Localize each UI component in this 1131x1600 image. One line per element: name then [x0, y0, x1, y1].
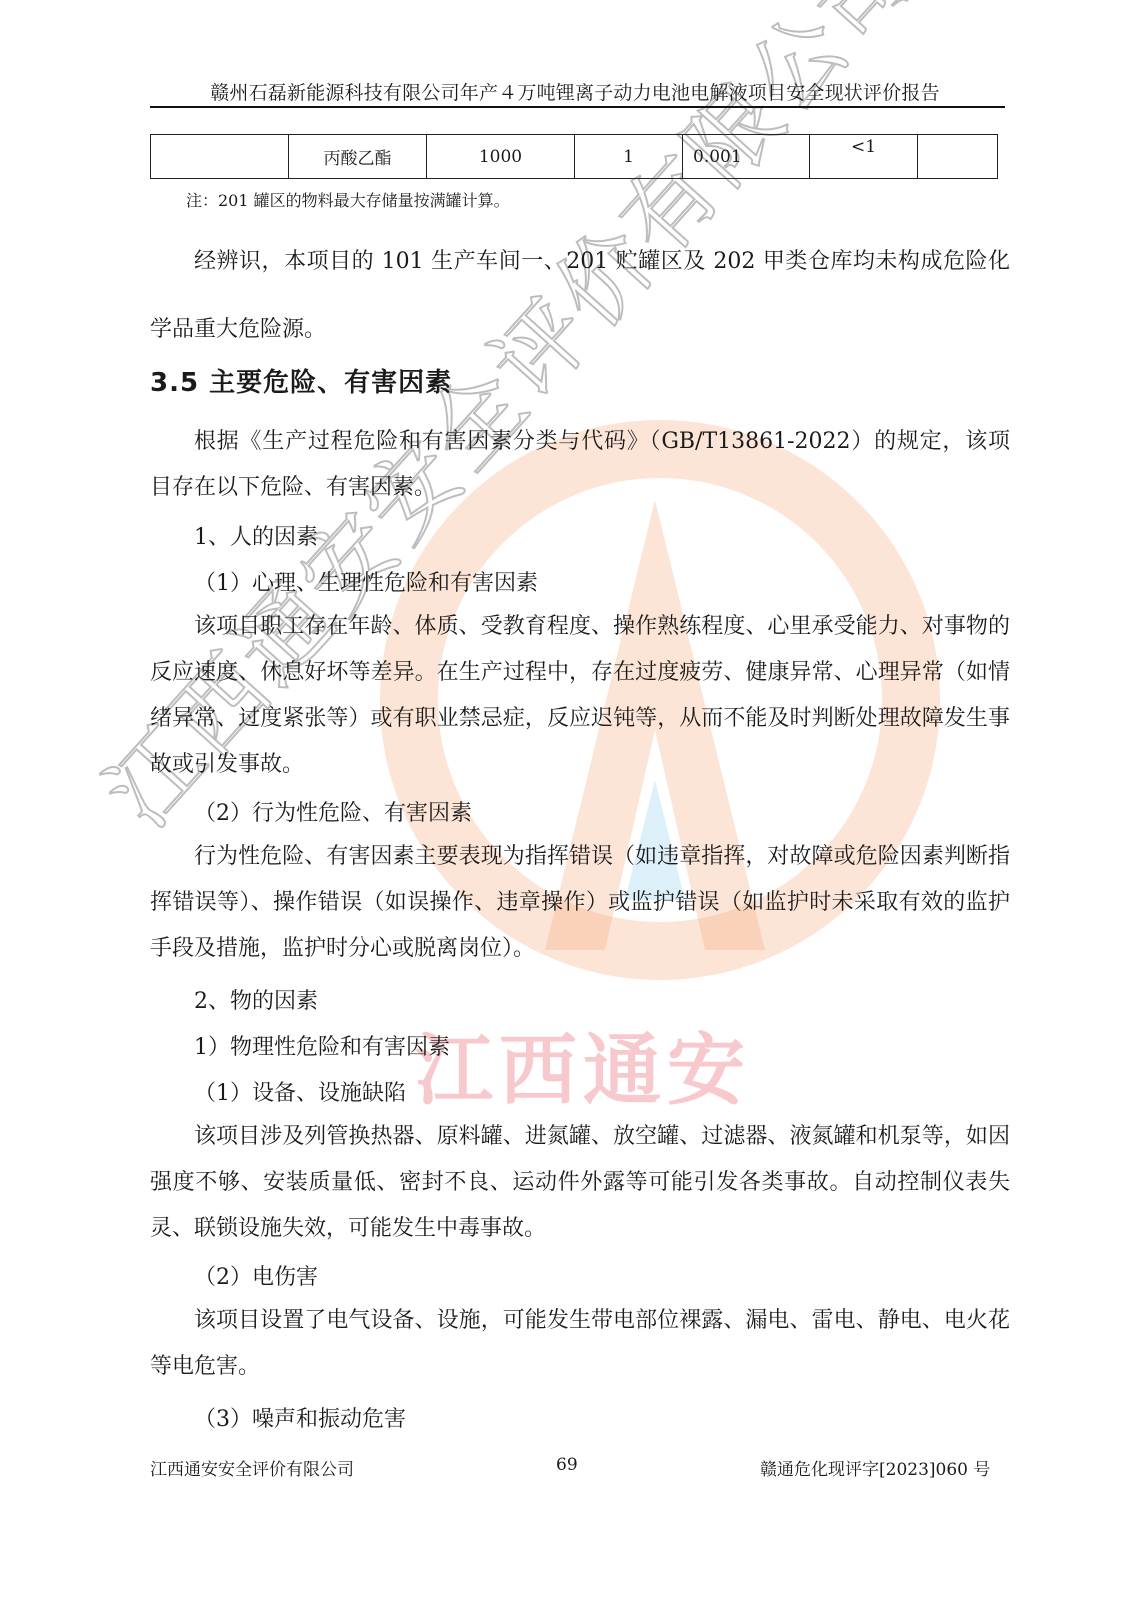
footer-doc-number: 赣通危化现评字[2023]060 号	[760, 1455, 990, 1480]
paragraph-behavioral: 行为性危险、有害因素主要表现为指挥错误（如违章指挥，对故障或危险因素判断指挥错误…	[150, 834, 1010, 972]
table-note: 注：201 罐区的物料最大存储量按满罐计算。	[186, 188, 510, 211]
paragraph-electrical: 该项目设置了电气设备、设施，可能发生带电部位裸露、漏电、雷电、静电、电火花等电危…	[150, 1298, 1010, 1390]
table-row: 丙酸乙酯 1000 1 0.001 <1	[151, 135, 998, 179]
heading-equipment-defects: （1）设备、设施缺陷	[194, 1076, 406, 1107]
header-divider	[150, 106, 1005, 108]
page-header-title: 赣州石磊新能源科技有限公司年产４万吨锂离子动力电池电解液项目安全现状评价报告	[150, 78, 1000, 105]
heading-human-factors: 1、人的因素	[194, 520, 318, 551]
section-title: 3.5 主要危险、有害因素	[150, 362, 452, 399]
heading-material-factors: 2、物的因素	[194, 984, 318, 1015]
table-cell-sum: <1	[810, 135, 918, 179]
table-cell	[151, 135, 289, 179]
table-cell-ratio: 0.001	[683, 135, 810, 179]
table-cell-storage-qty: 1	[575, 135, 683, 179]
heading-electrical: （2）电伤害	[194, 1260, 318, 1291]
heading-behavioral: （2）行为性危险、有害因素	[194, 796, 472, 827]
heading-noise-vibration: （3）噪声和振动危害	[194, 1402, 406, 1433]
intro-paragraph: 根据《生产过程危险和有害因素分类与代码》（GB/T13861-2022）的规定，…	[150, 419, 1010, 511]
watermark-red-text: 江西通安	[415, 1008, 751, 1120]
heading-physical-hazards: 1）物理性危险和有害因素	[194, 1030, 450, 1061]
conclusion-paragraph: 经辨识，本项目的 101 生产车间一、201 贮罐区及 202 甲类仓库均未构成…	[150, 228, 1010, 364]
footer-company: 江西通安安全评价有限公司	[150, 1455, 354, 1480]
paragraph-psych-physio: 该项目职工存在年龄、体质、受教育程度、操作熟练程度、心里承受能力、对事物的反应速…	[150, 604, 1010, 788]
table-cell	[918, 135, 998, 179]
table-cell-substance: 丙酸乙酯	[289, 135, 427, 179]
table-cell-critical-qty: 1000	[427, 135, 575, 179]
footer-page-number: 69	[556, 1455, 578, 1475]
hazard-table: 丙酸乙酯 1000 1 0.001 <1	[150, 134, 998, 179]
paragraph-equipment-defects: 该项目涉及列管换热器、原料罐、进氮罐、放空罐、过滤器、液氮罐和机泵等，如因强度不…	[150, 1114, 1010, 1252]
heading-psych-physio: （1）心理、生理性危险和有害因素	[194, 566, 538, 597]
